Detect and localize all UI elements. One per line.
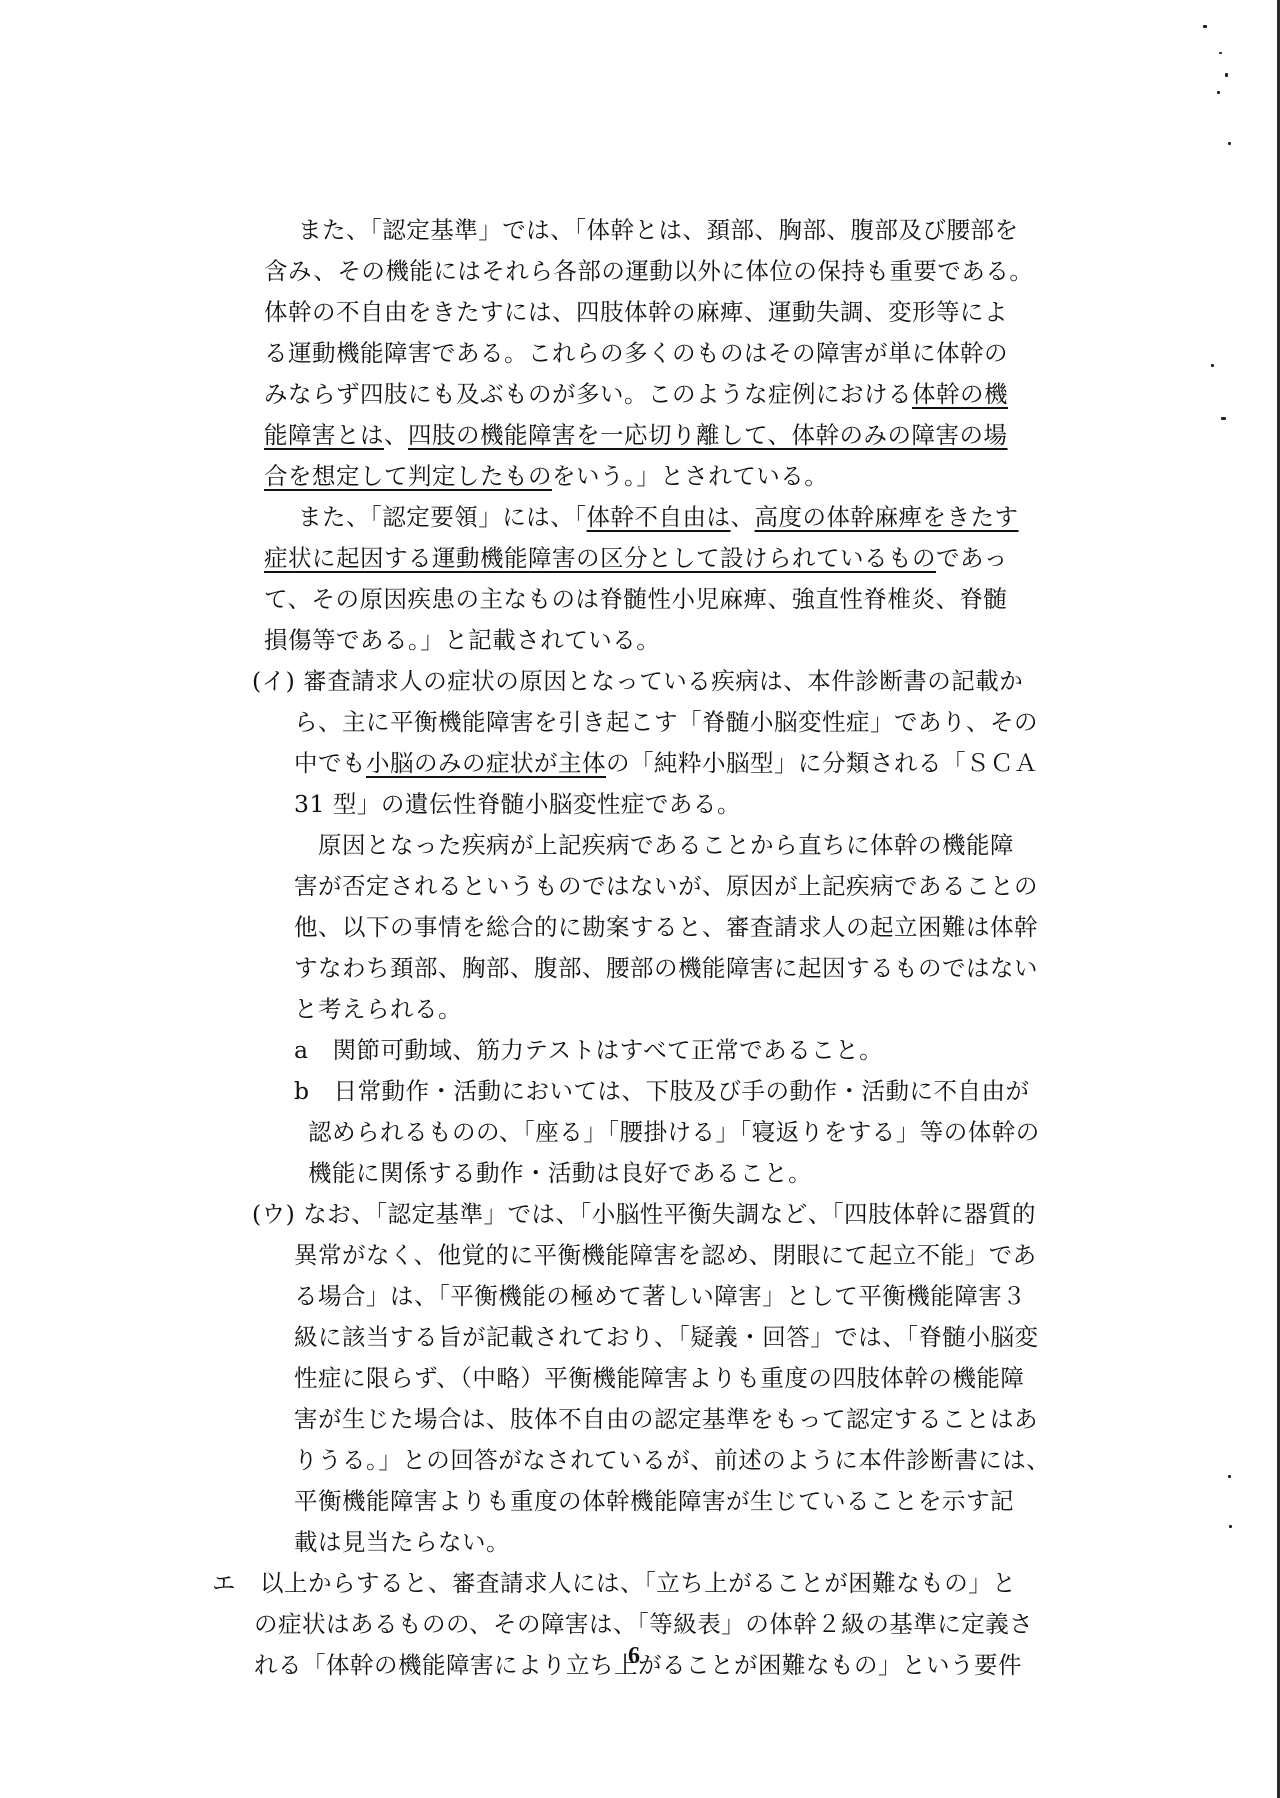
- text-segment: 原因となった疾病が上記疾病であることから直ちに体幹の機能障: [318, 831, 1014, 859]
- text-line: 他、以下の事情を総合的に勘案すると、審査請求人の起立困難は体幹: [294, 907, 1038, 947]
- text-segment: の症状はあるものの、その障害は、「等級表」の体幹２級の基準に定義さ: [254, 1610, 1033, 1638]
- underlined-text: 体幹不自由は: [587, 503, 731, 531]
- underlined-text: 高度の体幹麻痺をきたす: [755, 503, 1019, 531]
- text-line: 害が否定されるというものではないが、原因が上記疾病であることの: [294, 866, 1038, 906]
- text-segment: る運動機能障害である。これらの多くのものはその障害が単に体幹の: [264, 339, 1008, 367]
- text-line: 異常がなく、他覚的に平衡機能障害を認め、閉眼にて起立不能」であ: [294, 1235, 1037, 1275]
- text-line: る場合」は、「平衡機能の極めて著しい障害」として平衡機能障害３: [294, 1276, 1026, 1316]
- text-line: 症状に起因する運動機能障害の区分として設けられているものであっ: [264, 538, 1008, 578]
- page-number: 6: [628, 1643, 640, 1670]
- text-line: て、その原因疾患の主なものは脊髄性小児麻痺、強直性脊椎炎、脊髄: [264, 579, 1008, 619]
- text-segment: 31 型」の遺伝性脊髄小脳変性症である。: [294, 790, 741, 818]
- scan-speck: [1221, 417, 1226, 420]
- text-line: 平衡機能障害よりも重度の体幹機能障害が生じていることを示す記: [294, 1481, 1014, 1521]
- text-segment: 認められるものの、「座る」「腰掛ける」「寝返りをする」等の体幹の: [308, 1118, 1040, 1146]
- text-segment: すなわち頚部、胸部、腹部、腰部の機能障害に起因するものではない: [294, 954, 1038, 982]
- text-line: 認められるものの、「座る」「腰掛ける」「寝返りをする」等の体幹の: [308, 1112, 1040, 1152]
- text-segment: 他、以下の事情を総合的に勘案すると、審査請求人の起立困難は体幹: [294, 913, 1038, 941]
- text-line: 原因となった疾病が上記疾病であることから直ちに体幹の機能障: [318, 825, 1014, 865]
- text-segment: 体幹の不自由をきたすには、四肢体幹の麻痺、運動失調、変形等によ: [264, 298, 1008, 326]
- text-segment: の「純粋小脳型」に分類される「ＳＣＡ: [606, 749, 1038, 777]
- text-segment: (イ) 審査請求人の症状の原因となっている疾病は、本件診断書の記載か: [252, 667, 1023, 695]
- text-line: (イ) 審査請求人の症状の原因となっている疾病は、本件診断書の記載か: [252, 661, 1023, 701]
- text-segment: と考えられる。: [294, 995, 462, 1023]
- underlined-text: 合を想定して判定したもの: [264, 462, 552, 490]
- text-segment: 載は見当たらない。: [294, 1528, 510, 1556]
- scan-speck: [1211, 364, 1214, 367]
- text-segment: また、「認定要領」には、「: [298, 503, 587, 531]
- scan-speck: [1228, 1475, 1231, 1478]
- scan-speck: [1203, 25, 1207, 28]
- scan-speck: [1219, 52, 1222, 54]
- text-segment: a 関節可動域、筋力テストはすべて正常であること。: [294, 1036, 883, 1064]
- text-line: 機能に関係する動作・活動は良好であること。: [308, 1153, 812, 1193]
- underlined-text: 四肢の機能障害を一応切り離して、体幹のみの障害の場: [408, 421, 1008, 449]
- text-line: 性症に限らず、（中略）平衡機能障害よりも重度の四肢体幹の機能障: [294, 1358, 1024, 1398]
- text-segment: 含み、その機能にはそれら各部の運動以外に体位の保持も重要である。: [264, 257, 1033, 285]
- text-segment: b 日常動作・活動においては、下肢及び手の動作・活動に不自由が: [294, 1077, 1030, 1105]
- text-line: 31 型」の遺伝性脊髄小脳変性症である。: [294, 784, 741, 824]
- text-line: 損傷等である。」と記載されている。: [264, 620, 660, 660]
- text-segment: 害が生じた場合は、肢体不自由の認定基準をもって認定することはあ: [294, 1405, 1038, 1433]
- text-line: りうる。」との回答がなされているが、前述のように本件診断書には、: [294, 1440, 1050, 1480]
- text-segment: ら、主に平衡機能障害を引き起こす「脊髄小脳変性症」であり、その: [294, 708, 1038, 736]
- underlined-text: 能障害とは: [264, 421, 384, 449]
- text-line: の症状はあるものの、その障害は、「等級表」の体幹２級の基準に定義さ: [254, 1604, 1033, 1644]
- text-line: 中でも小脳のみの症状が主体の「純粋小脳型」に分類される「ＳＣＡ: [294, 743, 1038, 783]
- text-line: また、「認定要領」には、「体幹不自由は、高度の体幹麻痺をきたす: [298, 497, 1019, 537]
- text-segment: 平衡機能障害よりも重度の体幹機能障害が生じていることを示す記: [294, 1487, 1014, 1515]
- text-segment: 害が否定されるというものではないが、原因が上記疾病であることの: [294, 872, 1038, 900]
- text-line: エ 以上からすると、審査請求人には、「立ち上がることが困難なもの」と: [212, 1563, 1016, 1603]
- text-segment: であっ: [936, 544, 1008, 572]
- scan-speck: [1228, 142, 1231, 145]
- text-line: 級に該当する旨が記載されており、「疑義・回答」では、「脊髄小脳変: [294, 1317, 1039, 1357]
- text-segment: (ウ) なお、「認定基準」では、「小脳性平衡失調など、「四肢体幹に器質的: [252, 1200, 1036, 1228]
- text-line: a 関節可動域、筋力テストはすべて正常であること。: [294, 1030, 883, 1070]
- text-line: b 日常動作・活動においては、下肢及び手の動作・活動に不自由が: [294, 1071, 1030, 1111]
- text-segment: 機能に関係する動作・活動は良好であること。: [308, 1159, 812, 1187]
- text-line: 能障害とは、四肢の機能障害を一応切り離して、体幹のみの障害の場: [264, 415, 1008, 455]
- underlined-text: 体幹の機: [912, 380, 1008, 408]
- text-line: 体幹の不自由をきたすには、四肢体幹の麻痺、運動失調、変形等によ: [264, 292, 1008, 332]
- text-line: 害が生じた場合は、肢体不自由の認定基準をもって認定することはあ: [294, 1399, 1038, 1439]
- text-line: 合を想定して判定したものをいう。」とされている。: [264, 456, 828, 496]
- text-segment: 中でも: [294, 749, 366, 777]
- scan-speck: [1225, 73, 1228, 77]
- text-segment: 異常がなく、他覚的に平衡機能障害を認め、閉眼にて起立不能」であ: [294, 1241, 1037, 1269]
- text-segment: て、その原因疾患の主なものは脊髄性小児麻痺、強直性脊椎炎、脊髄: [264, 585, 1008, 613]
- text-segment: 、: [731, 503, 755, 531]
- text-segment: 級に該当する旨が記載されており、「疑義・回答」では、「脊髄小脳変: [294, 1323, 1039, 1351]
- text-line: すなわち頚部、胸部、腹部、腰部の機能障害に起因するものではない: [294, 948, 1038, 988]
- scan-speck: [1229, 1525, 1232, 1528]
- text-segment: 損傷等である。」と記載されている。: [264, 626, 660, 654]
- text-line: (ウ) なお、「認定基準」では、「小脳性平衡失調など、「四肢体幹に器質的: [252, 1194, 1036, 1234]
- text-segment: みならず四肢にも及ぶものが多い。このような症例における: [264, 380, 912, 408]
- underlined-text: 症状に起因する運動機能障害の区分として設けられているもの: [264, 544, 936, 572]
- text-segment: 性症に限らず、（中略）平衡機能障害よりも重度の四肢体幹の機能障: [294, 1364, 1024, 1392]
- text-line: 載は見当たらない。: [294, 1522, 510, 1562]
- document-page: また、「認定基準」では、「体幹とは、頚部、胸部、腹部及び腰部を含み、その機能には…: [0, 0, 1280, 1798]
- text-line: 含み、その機能にはそれら各部の運動以外に体位の保持も重要である。: [264, 251, 1033, 291]
- text-line: また、「認定基準」では、「体幹とは、頚部、胸部、腹部及び腰部を: [298, 210, 1019, 250]
- text-line: ら、主に平衡機能障害を引き起こす「脊髄小脳変性症」であり、その: [294, 702, 1038, 742]
- underlined-text: 小脳のみの症状が主体: [366, 749, 606, 777]
- scan-speck: [1217, 91, 1220, 94]
- text-segment: エ 以上からすると、審査請求人には、「立ち上がることが困難なもの」と: [212, 1569, 1016, 1597]
- text-segment: また、「認定基準」では、「体幹とは、頚部、胸部、腹部及び腰部を: [298, 216, 1019, 244]
- text-segment: る場合」は、「平衡機能の極めて著しい障害」として平衡機能障害３: [294, 1282, 1026, 1310]
- text-segment: 、: [384, 421, 408, 449]
- text-segment: りうる。」との回答がなされているが、前述のように本件診断書には、: [294, 1446, 1050, 1474]
- text-segment: をいう。」とされている。: [552, 462, 828, 490]
- text-line: と考えられる。: [294, 989, 462, 1029]
- text-line: みならず四肢にも及ぶものが多い。このような症例における体幹の機: [264, 374, 1008, 414]
- text-line: る運動機能障害である。これらの多くのものはその障害が単に体幹の: [264, 333, 1008, 373]
